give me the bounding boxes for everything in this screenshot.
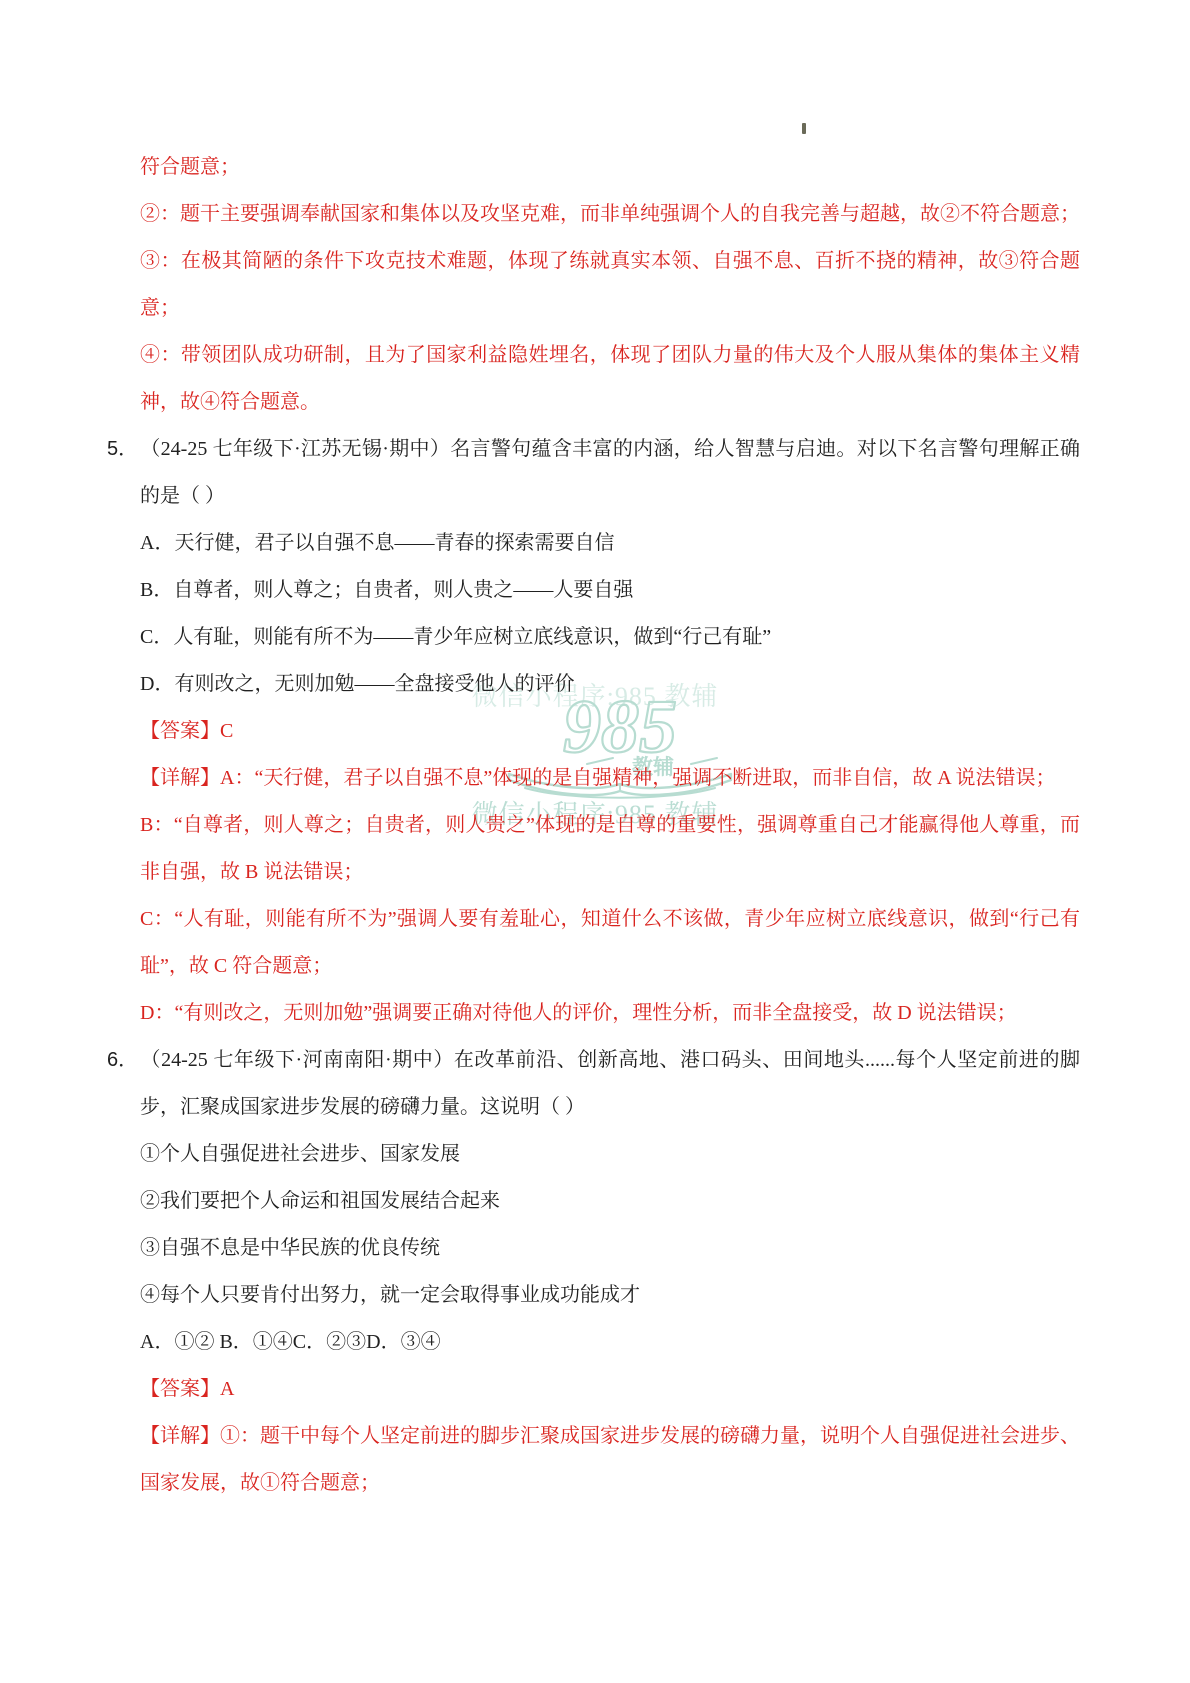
question-5-option-a-text: A．天行健，君子以自强不息——青春的探索需要自信	[140, 532, 614, 554]
explanation-point-4: ④：带领团队成功研制，且为了国家利益隐姓埋名，体现了团队力量的伟大及个人服从集体…	[140, 332, 1080, 426]
question-6-analysis-1-text: 【详解】①：题干中每个人坚定前进的脚步汇聚成国家进步发展的磅礴力量，说明个人自强…	[140, 1425, 1080, 1494]
question-number: 6．	[107, 1037, 140, 1084]
question-6-stem-text: （24-25 七年级下·河南南阳·期中）在改革前沿、创新高地、港口码头、田间地头…	[140, 1049, 1080, 1118]
question-5-analysis-c: C：“人有耻，则能有所不为”强调人要有羞耻心，知道什么不该做，青少年应树立底线意…	[140, 896, 1080, 990]
question-5-stem: 5．（24-25 七年级下·江苏无锡·期中）名言警句蕴含丰富的内涵，给人智慧与启…	[140, 426, 1080, 520]
question-5-option-b: B．自尊者，则人尊之；自贵者，则人贵之——人要自强	[140, 567, 1080, 614]
question-6-item-3: ③自强不息是中华民族的优良传统	[140, 1225, 1080, 1272]
question-5-analysis-d: D：“有则改之，无则加勉”强调要正确对待他人的评价，理性分析，而非全盘接受，故 …	[140, 990, 1080, 1037]
question-6-item-4-text: ④每个人只要肯付出努力，就一定会取得事业成功能成才	[140, 1284, 640, 1306]
question-6-options: A．①② B．①④C．②③D．③④	[140, 1319, 1080, 1366]
question-5-answer: 【答案】C	[140, 708, 1080, 755]
question-5-stem-text: （24-25 七年级下·江苏无锡·期中）名言警句蕴含丰富的内涵，给人智慧与启迪。…	[140, 438, 1080, 507]
question-5-analysis-c-text: C：“人有耻，则能有所不为”强调人要有羞耻心，知道什么不该做，青少年应树立底线意…	[140, 908, 1080, 977]
question-5-option-b-text: B．自尊者，则人尊之；自贵者，则人贵之——人要自强	[140, 579, 633, 601]
explanation-point-2-text: ②：题干主要强调奉献国家和集体以及攻坚克难，而非单纯强调个人的自我完善与超越，故…	[140, 203, 1080, 225]
question-number: 5．	[107, 426, 140, 473]
question-6-item-1: ①个人自强促进社会进步、国家发展	[140, 1131, 1080, 1178]
question-6-item-2-text: ②我们要把个人命运和祖国发展结合起来	[140, 1190, 500, 1212]
question-5-option-d: D．有则改之，无则加勉——全盘接受他人的评价	[140, 661, 1080, 708]
question-6-analysis-1: 【详解】①：题干中每个人坚定前进的脚步汇聚成国家进步发展的磅礴力量，说明个人自强…	[140, 1413, 1080, 1507]
question-6-item-3-text: ③自强不息是中华民族的优良传统	[140, 1237, 440, 1259]
question-6-stem: 6．（24-25 七年级下·河南南阳·期中）在改革前沿、创新高地、港口码头、田间…	[140, 1037, 1080, 1131]
question-5-answer-text: 【答案】C	[140, 720, 233, 742]
question-5-analysis-a-text: 【详解】A：“天行健，君子以自强不息”体现的是自强精神，强调不断进取，而非自信，…	[140, 767, 1056, 789]
explanation-point-4-text: ④：带领团队成功研制，且为了国家利益隐姓埋名，体现了团队力量的伟大及个人服从集体…	[140, 344, 1080, 413]
scan-artifact-mark	[802, 123, 806, 134]
explanation-point-3: ③：在极其简陋的条件下攻克技术难题，体现了练就真实本领、自强不息、百折不挠的精神…	[140, 238, 1080, 332]
question-5-analysis-b-text: B：“自尊者，则人尊之；自贵者，则人贵之”体现的是自尊的重要性，强调尊重自己才能…	[140, 814, 1080, 883]
question-5-analysis-a: 【详解】A：“天行健，君子以自强不息”体现的是自强精神，强调不断进取，而非自信，…	[140, 755, 1080, 802]
exam-document-page: 微信小程序:985 教辅 985 教辅 微信小程序:985 教辅 符合题意；②：…	[0, 0, 1190, 1683]
question-6-item-4: ④每个人只要肯付出努力，就一定会取得事业成功能成才	[140, 1272, 1080, 1319]
explanation-continuation-text: 符合题意；	[140, 156, 240, 178]
question-5-analysis-d-text: D：“有则改之，无则加勉”强调要正确对待他人的评价，理性分析，而非全盘接受，故 …	[140, 1002, 1017, 1024]
question-6-options-text: A．①② B．①④C．②③D．③④	[140, 1331, 441, 1353]
explanation-continuation: 符合题意；	[140, 144, 1080, 191]
question-5-analysis-b: B：“自尊者，则人尊之；自贵者，则人贵之”体现的是自尊的重要性，强调尊重自己才能…	[140, 802, 1080, 896]
question-6-answer: 【答案】A	[140, 1366, 1080, 1413]
question-5-option-a: A．天行健，君子以自强不息——青春的探索需要自信	[140, 520, 1080, 567]
question-5-option-c: C．人有耻，则能有所不为——青少年应树立底线意识，做到“行己有耻”	[140, 614, 1080, 661]
exam-content: 符合题意；②：题干主要强调奉献国家和集体以及攻坚克难，而非单纯强调个人的自我完善…	[107, 144, 1080, 1507]
question-6-item-1-text: ①个人自强促进社会进步、国家发展	[140, 1143, 460, 1165]
question-5-option-d-text: D．有则改之，无则加勉——全盘接受他人的评价	[140, 673, 574, 695]
question-6-answer-text: 【答案】A	[140, 1378, 234, 1400]
explanation-point-2: ②：题干主要强调奉献国家和集体以及攻坚克难，而非单纯强调个人的自我完善与超越，故…	[140, 191, 1080, 238]
question-6-item-2: ②我们要把个人命运和祖国发展结合起来	[140, 1178, 1080, 1225]
question-5-option-c-text: C．人有耻，则能有所不为——青少年应树立底线意识，做到“行己有耻”	[140, 626, 771, 648]
explanation-point-3-text: ③：在极其简陋的条件下攻克技术难题，体现了练就真实本领、自强不息、百折不挠的精神…	[140, 250, 1080, 319]
